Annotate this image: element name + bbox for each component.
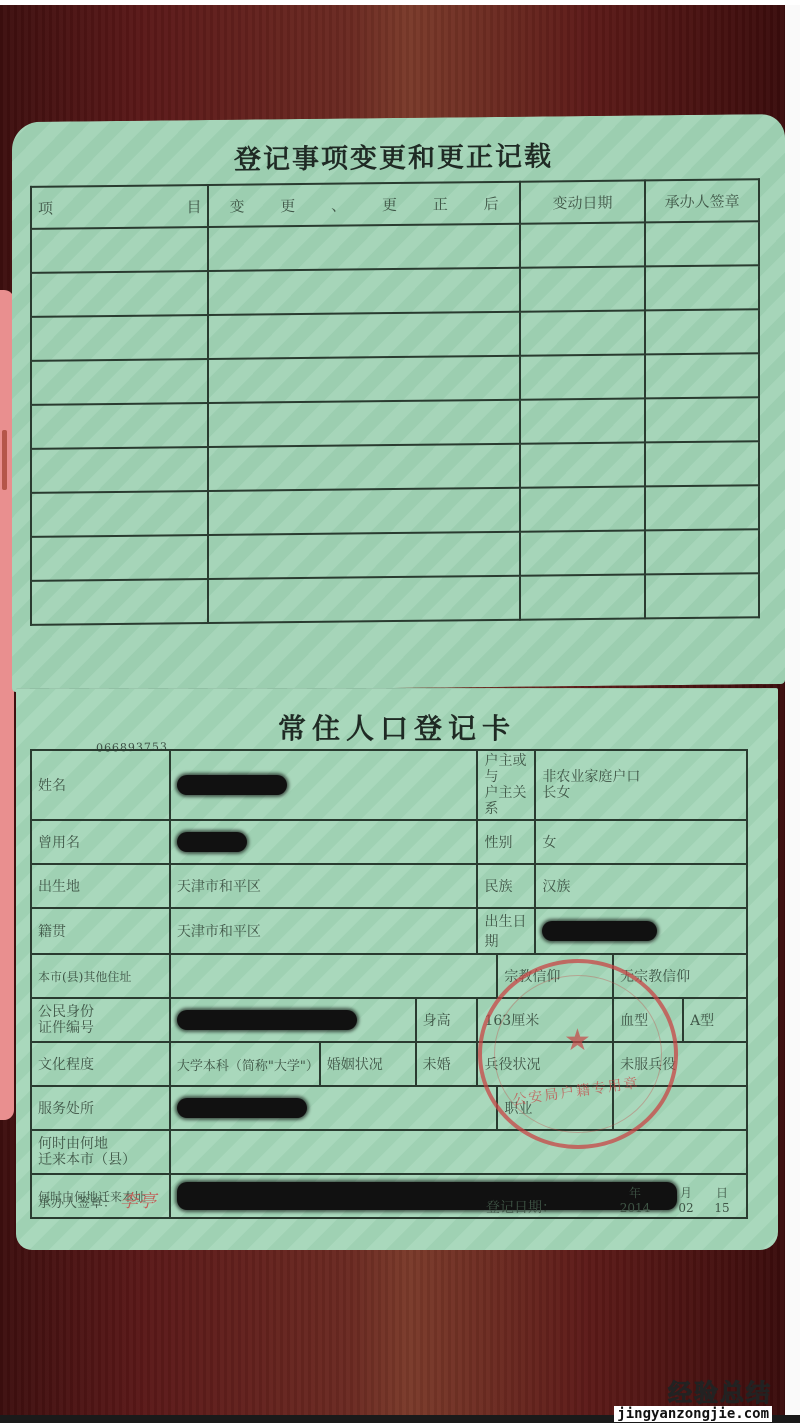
redaction [177, 775, 287, 795]
change-record-row [31, 221, 759, 273]
label-id-number: 公民身份 证件编号 [31, 998, 170, 1042]
watermark-logo: 经验总结 [614, 1373, 772, 1408]
change-record-cell [645, 529, 759, 574]
value-head-relation: 非农业家庭户口 长女 [535, 750, 747, 820]
label-blood-type: 血型 [613, 998, 683, 1042]
officer-signature-area: 承办人签章：李亭 [38, 1187, 156, 1213]
value-sex: 女 [535, 820, 747, 864]
change-record-row [31, 353, 759, 405]
change-record-cell [31, 359, 208, 405]
change-record-cell [520, 530, 646, 575]
label-height: 身高 [416, 998, 478, 1042]
cover-tab [2, 430, 7, 490]
header-change: 变 更 、 更 正 后 [208, 182, 519, 227]
redaction [177, 1182, 677, 1210]
change-record-cell [520, 354, 646, 399]
label-other-address: 本市(县)其他住址 [31, 954, 170, 998]
value-native-place: 天津市和平区 [170, 908, 478, 954]
change-record-cell [208, 488, 519, 535]
redaction [177, 832, 247, 852]
change-record-cell [31, 447, 208, 493]
label-former-name: 曾用名 [31, 820, 170, 864]
value-former-name [170, 820, 478, 864]
change-record-cell [645, 221, 759, 266]
row-moved-to-city: 何时由何地 迁来本市（县） [31, 1130, 747, 1174]
value-occupation [613, 1086, 747, 1130]
change-record-row [31, 265, 759, 317]
change-record-cell [208, 312, 519, 359]
change-record-cell [31, 271, 208, 317]
value-education: 大学本科（简称"大学"） [170, 1042, 320, 1086]
redaction [177, 1098, 307, 1118]
change-record-table: 项目 变 更 、 更 正 后 变动日期 承办人签章 [30, 178, 760, 626]
change-record-cell [31, 491, 208, 537]
change-record-row [31, 485, 759, 537]
value-employer [170, 1086, 498, 1130]
label-moved-to-city: 何时由何地 迁来本市（县） [31, 1130, 170, 1174]
label-education: 文化程度 [31, 1042, 170, 1086]
change-record-row [31, 573, 759, 625]
change-record-cell [31, 535, 208, 581]
change-record-cell [520, 266, 646, 311]
redaction [177, 1010, 357, 1030]
change-record-page: 登记事项变更和更正记载 项目 变 更 、 更 正 后 变动日期 [12, 114, 785, 692]
label-marital-status: 婚姻状况 [320, 1042, 416, 1086]
label-name: 姓名 [31, 750, 170, 820]
label-head-relation: 户主或与 户主关系 [477, 750, 535, 820]
change-record-row [31, 441, 759, 493]
change-record-cell [645, 485, 759, 530]
change-record-cell [645, 441, 759, 486]
row-birthplace: 出生地 天津市和平区 民族 汉族 [31, 864, 747, 908]
value-id-number [170, 998, 416, 1042]
label-birthplace: 出生地 [31, 864, 170, 908]
row-education: 文化程度 大学本科（简称"大学"） 婚姻状况 未婚 兵役状况 未服兵役 [31, 1042, 747, 1086]
value-military-service: 未服兵役 [613, 1042, 747, 1086]
watermark-url: jingyanzongjie.com [614, 1406, 772, 1422]
value-birthplace: 天津市和平区 [170, 864, 478, 908]
row-name: 姓名 户主或与 户主关系 非农业家庭户口 长女 [31, 750, 747, 820]
change-record-cell [520, 310, 646, 355]
redaction [542, 921, 657, 941]
change-record-cell [520, 398, 646, 443]
row-native-place: 籍贯 天津市和平区 出生日期 [31, 908, 747, 954]
value-height: 163厘米 [477, 998, 613, 1042]
value-religion: 无宗教信仰 [613, 954, 747, 998]
label-military-service: 兵役状况 [477, 1042, 613, 1086]
change-record-cell [31, 403, 208, 449]
registration-date-label: 登记日期： [486, 1197, 556, 1217]
label-sex: 性别 [477, 820, 535, 864]
header-item: 项目 [31, 185, 208, 229]
label-religion: 宗教信仰 [497, 954, 613, 998]
change-record-title: 登记事项变更和更正记载 [2, 132, 785, 179]
change-record-cell [208, 400, 519, 447]
row-id-number: 公民身份 证件编号 身高 163厘米 血型 A型 [31, 998, 747, 1042]
row-former-name: 曾用名 性别 女 [31, 820, 747, 864]
change-record-cell [645, 353, 759, 398]
change-record-cell [208, 268, 519, 315]
header-signature: 承办人签章 [645, 179, 759, 222]
change-record-cell [31, 227, 208, 273]
change-record-cell [208, 224, 519, 271]
change-record-cell [520, 486, 646, 531]
value-moved-to-city [170, 1130, 747, 1174]
change-record-cell [520, 442, 646, 487]
label-employer: 服务处所 [31, 1086, 170, 1130]
value-marital-status: 未婚 [416, 1042, 478, 1086]
change-record-cell [31, 579, 208, 625]
value-birth-date [535, 908, 747, 954]
row-other-address: 本市(县)其他住址 宗教信仰 无宗教信仰 [31, 954, 747, 998]
change-record-rows [31, 221, 759, 625]
registration-date: 年 月 日 2014 02 15 [606, 1184, 736, 1215]
change-record-row [31, 529, 759, 581]
registration-table: 姓名 户主或与 户主关系 非农业家庭户口 长女 曾用名 性别 女 出生地 天津市… [30, 749, 748, 1219]
officer-signature: 李亭 [120, 1191, 156, 1212]
value-ethnicity: 汉族 [535, 864, 747, 908]
change-record-cell [208, 576, 519, 623]
change-record-cell [31, 315, 208, 361]
change-record-cell [208, 356, 519, 403]
label-ethnicity: 民族 [477, 864, 535, 908]
value-other-address [170, 954, 498, 998]
change-record-cell [208, 532, 519, 579]
label-native-place: 籍贯 [31, 908, 170, 954]
right-margin [785, 5, 800, 1415]
change-record-row [31, 309, 759, 361]
change-record-row [31, 397, 759, 449]
change-record-cell [645, 309, 759, 354]
change-record-cell [645, 573, 759, 618]
row-employer: 服务处所 职业 [31, 1086, 747, 1130]
header-date: 变动日期 [520, 180, 646, 223]
label-occupation: 职业 [497, 1086, 613, 1130]
change-record-cell [645, 265, 759, 310]
change-record-cell [520, 222, 646, 267]
value-blood-type: A型 [683, 998, 747, 1042]
change-record-cell [208, 444, 519, 491]
change-record-cell [645, 397, 759, 442]
site-watermark: 经验总结 jingyanzongjie.com [614, 1373, 772, 1422]
value-name [170, 750, 478, 820]
label-birth-date: 出生日期 [477, 908, 535, 954]
registration-card-page: 常住人口登记卡 066893753 姓名 户主或与 户主关系 非农业家庭户口 长… [16, 688, 778, 1250]
change-record-cell [520, 574, 646, 619]
